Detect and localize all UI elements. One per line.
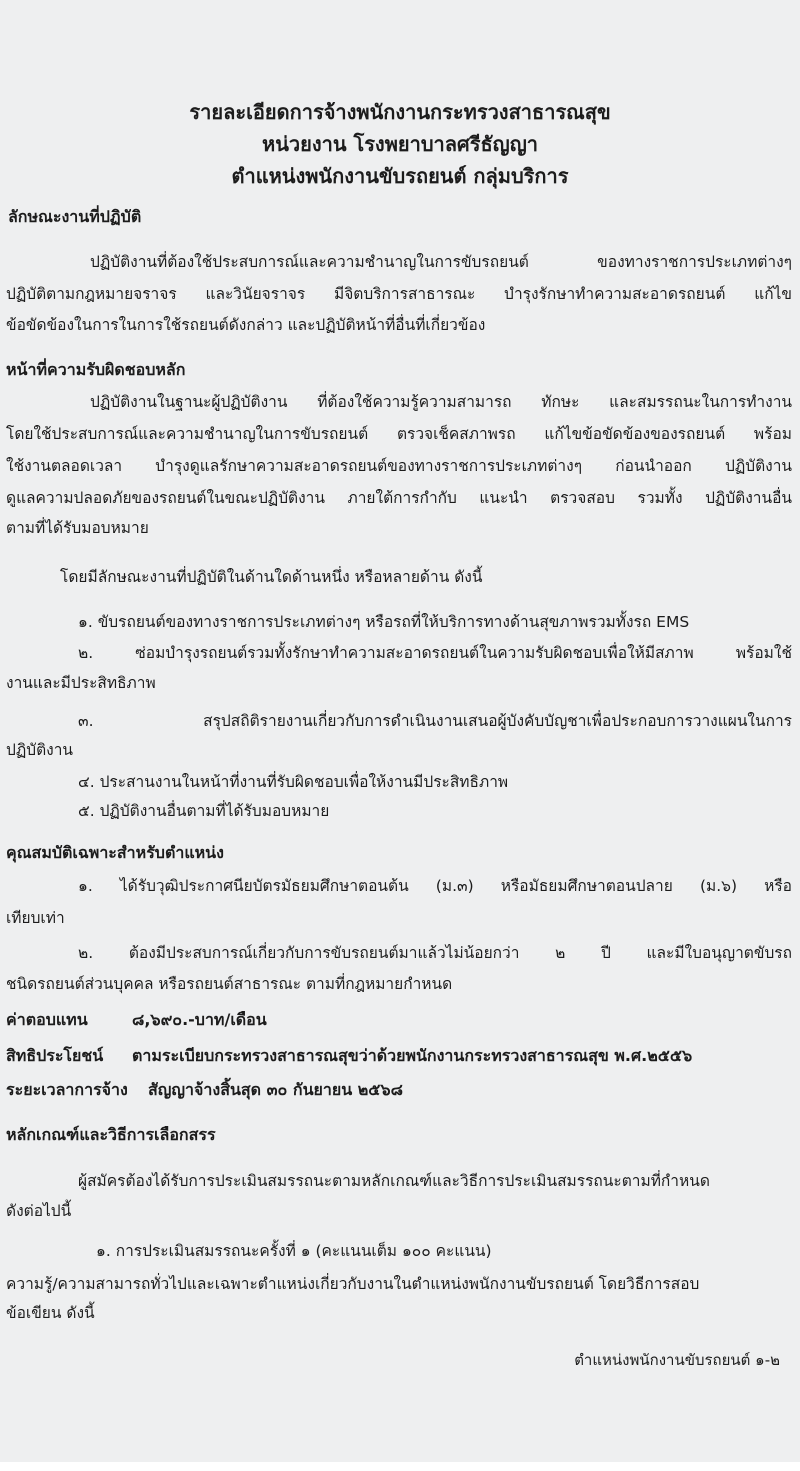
selection-line: ผู้สมัครต้องได้รับการประเมินสมรรถนะตามหล… [78, 1171, 792, 1191]
qualification-item: ๒. ต้องมีประสบการณ์เกี่ยวกับการขับรถยนต์… [78, 943, 792, 963]
benefits-label: สิทธิประโยชน์ [6, 1046, 103, 1066]
responsibility-item-cont: ปฏิบัติงาน [6, 740, 73, 760]
employment-period-label: ระยะเวลาการจ้าง [6, 1080, 128, 1100]
qualification-item-cont: ชนิดรถยนต์ส่วนบุคคล หรือรถยนต์สาธารณะ ตา… [6, 974, 452, 994]
responsibilities-line: ตามที่ได้รับมอบหมาย [6, 518, 149, 538]
selection-heading: หลักเกณฑ์และวิธีการเลือกสรร [6, 1125, 216, 1145]
assessment-round-1-desc: ข้อเขียน ดังนี้ [6, 1303, 95, 1323]
responsibilities-line: โดยใช้ประสบการณ์และความชำนาญในการขับรถยน… [6, 424, 792, 444]
responsibilities-line: ใช้งานตลอดเวลา บำรุงดูแลรักษาความสะอาดรถ… [6, 456, 792, 476]
responsibility-item-cont: งานและมีประสิทธิภาพ [6, 673, 156, 693]
agency-title: หน่วยงาน โรงพยาบาลศรีธัญญา [0, 131, 800, 157]
document-title: รายละเอียดการจ้างพนักงานกระทรวงสาธารณสุข [0, 99, 800, 125]
page-footer: ตำแหน่งพนักงานขับรถยนต์ ๑-๒ [574, 1350, 780, 1370]
responsibility-item: ๕. ปฏิบัติงานอื่นตามที่ได้รับมอบหมาย [78, 801, 329, 821]
document-page: รายละเอียดการจ้างพนักงานกระทรวงสาธารณสุข… [0, 0, 800, 1462]
responsibilities-heading: หน้าที่ความรับผิดชอบหลัก [6, 360, 185, 380]
responsibility-item: ๒. ซ่อมบำรุงรถยนต์รวมทั้งรักษาทำความสะอา… [78, 643, 792, 663]
qualifications-heading: คุณสมบัติเฉพาะสำหรับตำแหน่ง [6, 843, 224, 863]
selection-line: ดังต่อไปนี้ [6, 1201, 71, 1221]
responsibilities-line: ปฏิบัติงานในฐานะผู้ปฏิบัติงาน ที่ต้องใช้… [90, 392, 792, 412]
job-nature-line: ปฏิบัติงานที่ต้องใช้ประสบการณ์และความชำน… [90, 252, 792, 272]
job-nature-line: ข้อขัดข้องในการในการใช้รถยนต์ดังกล่าว แล… [6, 315, 485, 335]
responsibilities-intro: โดยมีลักษณะงานที่ปฏิบัติในด้านใดด้านหนึ่… [60, 567, 482, 587]
responsibility-item: ๓. สรุปสถิติรายงานเกี่ยวกับการดำเนินงานเ… [78, 711, 792, 731]
salary-value: ๘,๖๙๐.-บาท/เดือน [132, 1010, 267, 1030]
assessment-round-1: ๑. การประเมินสมรรถนะครั้งที่ ๑ (คะแนนเต็… [96, 1241, 492, 1261]
position-title: ตำแหน่งพนักงานขับรถยนต์ กลุ่มบริการ [0, 163, 800, 189]
benefits-value: ตามระเบียบกระทรวงสาธารณสุขว่าด้วยพนักงาน… [132, 1046, 692, 1066]
responsibility-item: ๔. ประสานงานในหน้าที่งานที่รับผิดชอบเพื่… [78, 772, 508, 792]
job-nature-line: ปฏิบัติตามกฎหมายจราจร และวินัยจราจร มีจิ… [6, 284, 792, 304]
responsibility-item: ๑. ขับรถยนต์ของทางราชการประเภทต่างๆ หรือ… [78, 612, 689, 632]
employment-period-value: สัญญาจ้างสิ้นสุด ๓๐ กันยายน ๒๕๖๘ [148, 1080, 403, 1100]
qualification-item-cont: เทียบเท่า [6, 908, 65, 928]
qualification-item: ๑. ได้รับวุฒิประกาศนียบัตรมัธยมศึกษาตอนต… [78, 876, 792, 896]
assessment-round-1-desc: ความรู้/ความสามารถทั่วไปและเฉพาะตำแหน่งเ… [6, 1274, 699, 1294]
responsibilities-line: ดูแลความปลอดภัยของรถยนต์ในขณะปฏิบัติงาน … [6, 488, 792, 508]
salary-label: ค่าตอบแทน [6, 1010, 88, 1030]
job-nature-heading: ลักษณะงานที่ปฏิบัติ [8, 207, 141, 227]
